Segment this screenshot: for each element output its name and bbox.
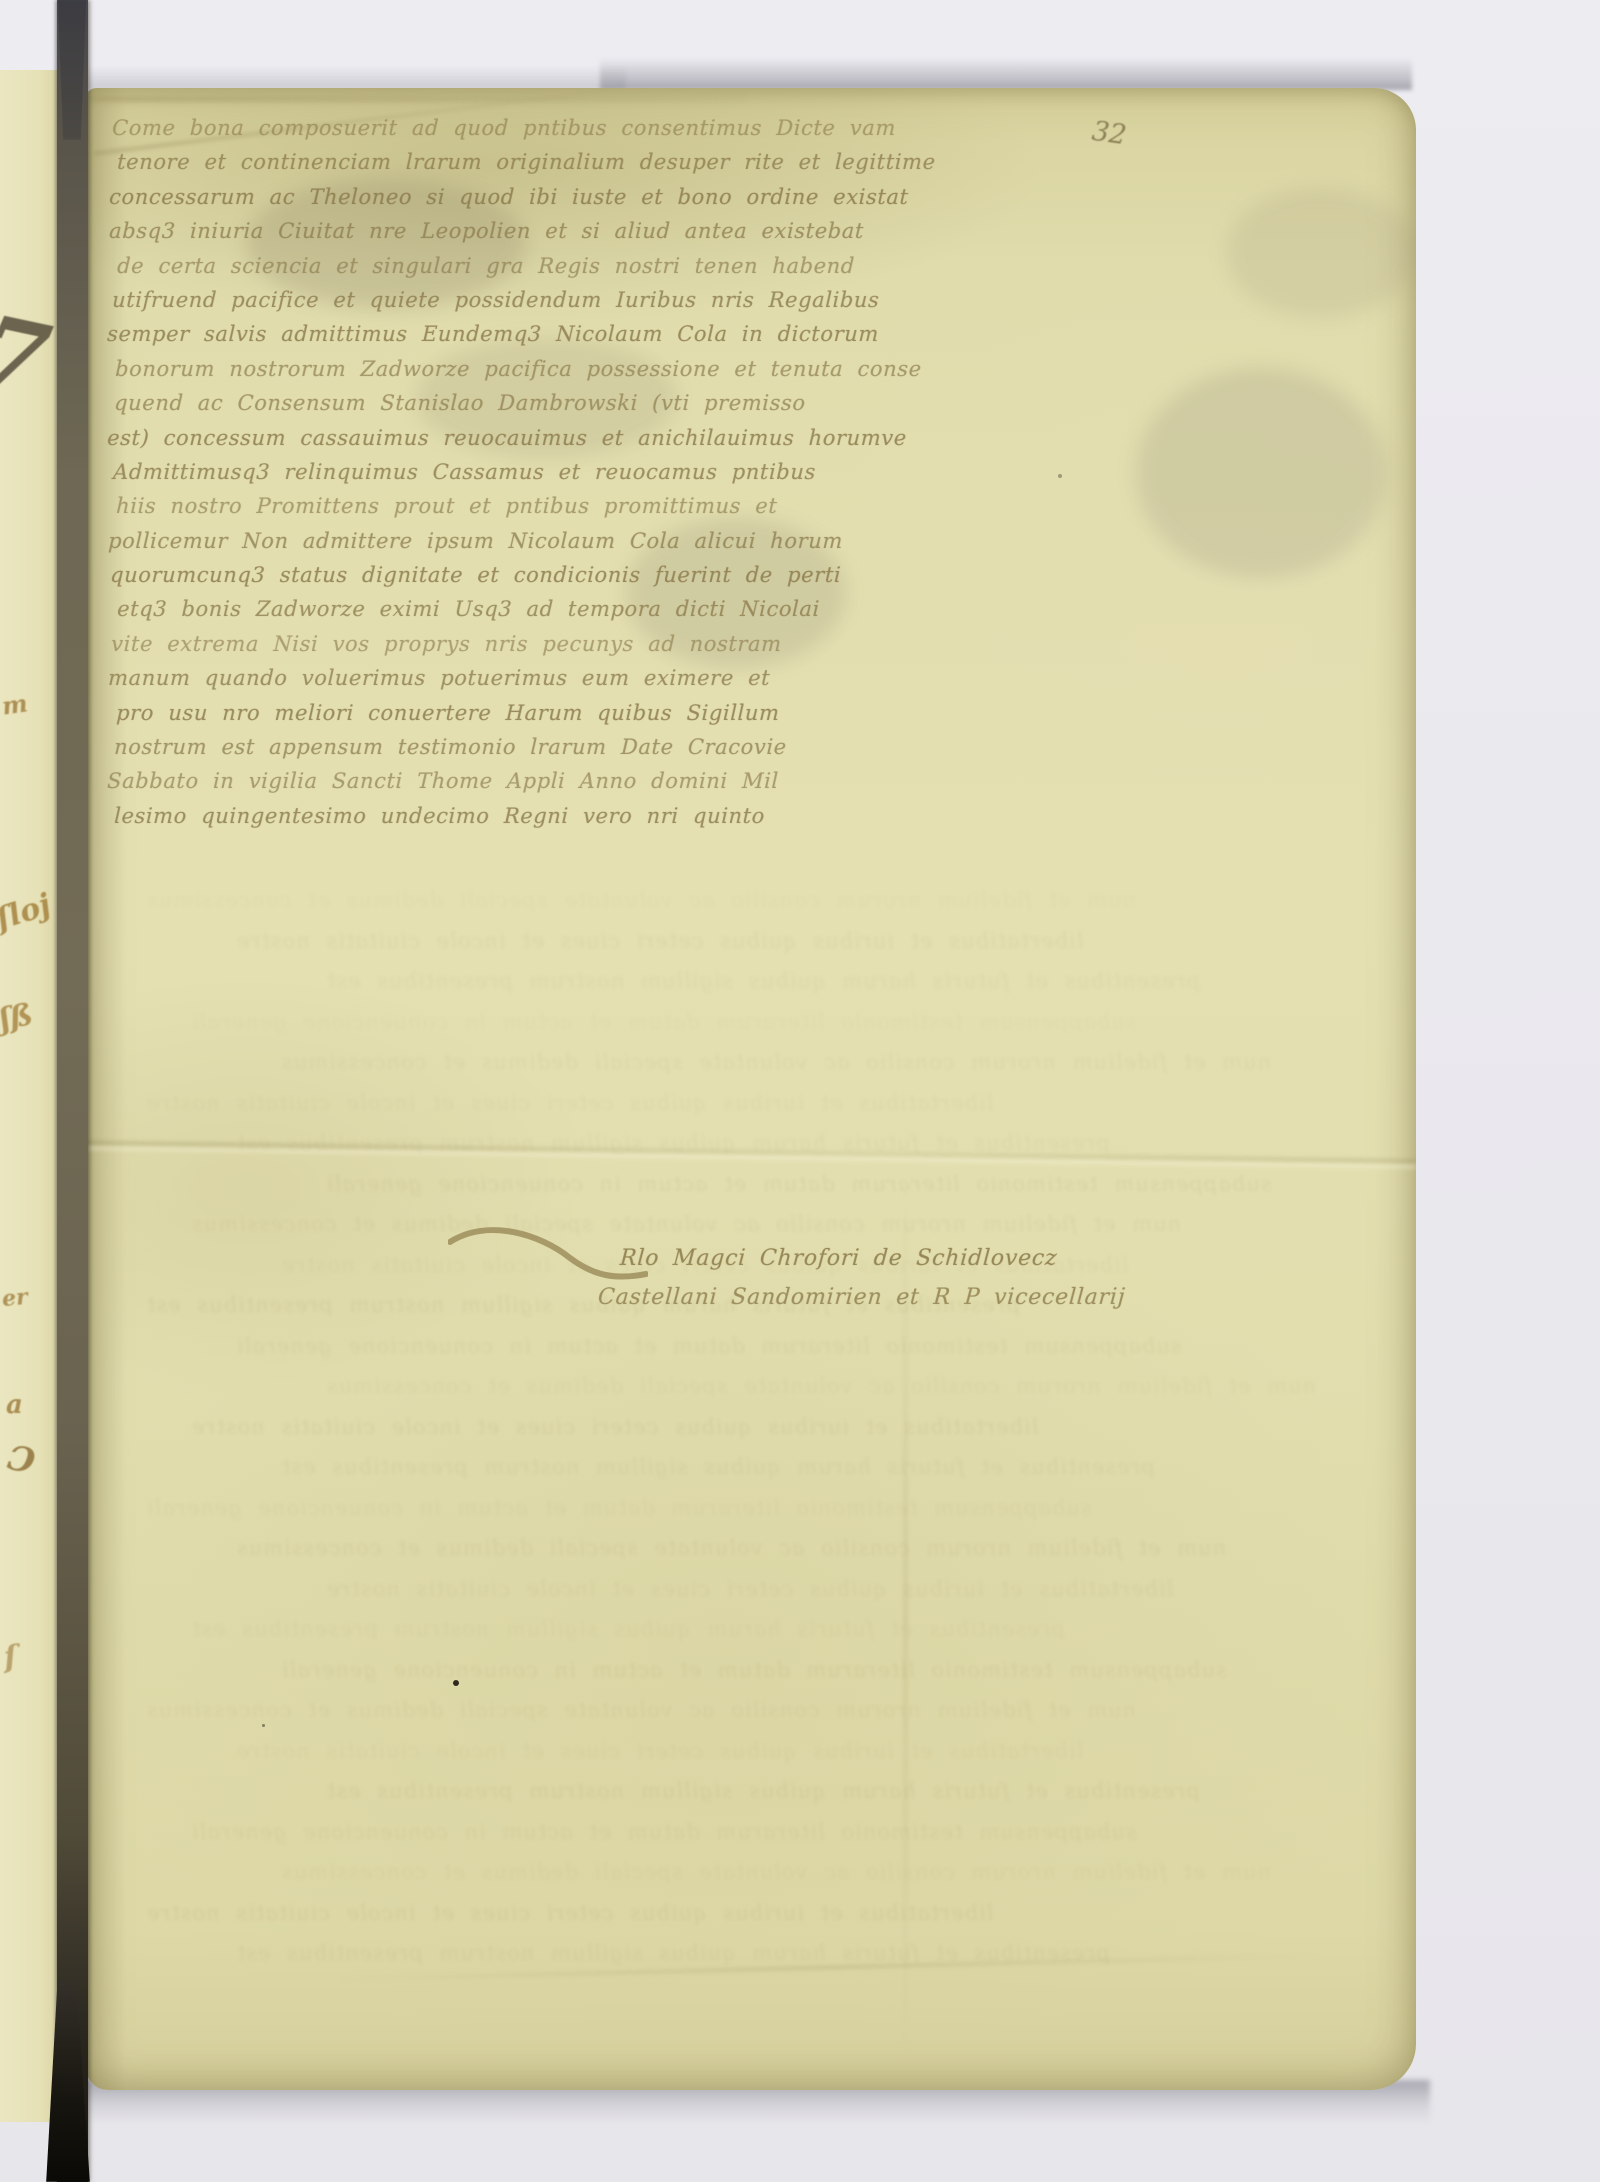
bleedthrough-line: num et fidelium nrorum consilio ac volun… <box>280 1050 1271 1074</box>
crease <box>86 96 746 102</box>
manuscript-line: quend ac Consensum Stanislao Dambrowski … <box>114 391 833 425</box>
stain <box>1136 368 1386 578</box>
folio-number: 32 <box>1090 116 1128 151</box>
ink-speck <box>262 1724 265 1727</box>
bleedthrough-line: presentibus et futuris harum quibus sigi… <box>235 1131 1110 1155</box>
bleedthrough-line: presentibus et futuris harum quibus sigi… <box>325 1779 1200 1803</box>
bleedthrough-line: subappensum testimonio literarum datum e… <box>235 1334 1182 1358</box>
manuscript-text-block: Come bona composuerit ad quod pntibus co… <box>112 116 832 838</box>
bleedthrough-line: subappensum testimonio literarum datum e… <box>190 1010 1137 1034</box>
margin-ink-fragment: Ɔ <box>5 1438 39 1482</box>
bleedthrough-line: libertatibus et iuribus quibus ceteri ci… <box>190 1415 1039 1439</box>
manuscript-line: bonorum nostrorum Zadworze pacifica poss… <box>115 357 833 391</box>
bleedthrough-line: subappensum testimonio literarum datum e… <box>325 1172 1272 1196</box>
signature-block: Rlo Magci Chrofori de SchidloveczCastell… <box>620 1246 1125 1310</box>
parchment-page: num et fidelium nrorum consilio ac volun… <box>86 88 1416 2090</box>
photograph-of-manuscript: 7mſlojʃßeraƆſ num et fidelium nrorum con… <box>0 0 1600 2182</box>
manuscript-line: concessarum ac Theloneo si quod ibi iust… <box>108 185 832 219</box>
page-top-shadow-left <box>86 66 626 90</box>
manuscript-line: quorumcunq3 status dignitate et condicio… <box>109 563 832 597</box>
signature-line: Castellani Sandomirien et R P vicecellar… <box>597 1285 1126 1310</box>
bleedthrough-line: libertatibus et iuribus quibus ceteri ci… <box>325 1577 1174 1601</box>
bleedthrough-line: num et fidelium nrorum consilio ac volun… <box>145 1698 1136 1722</box>
manuscript-line: manum quando voluerimus potuerimus eum e… <box>107 666 832 700</box>
margin-ink-fragment: er <box>1 1284 29 1312</box>
bleedthrough-line: presentibus et futuris harum quibus sigi… <box>325 969 1200 993</box>
manuscript-line: etq3 bonis Zadworze eximi Usq3 ad tempor… <box>116 597 832 631</box>
bleedthrough-line: num et fidelium nrorum consilio ac volun… <box>280 1860 1271 1884</box>
bleedthrough-line: subappensum testimonio literarum datum e… <box>190 1820 1137 1844</box>
manuscript-line: Come bona composuerit ad quod pntibus co… <box>111 116 832 150</box>
bleedthrough-line: libertatibus et iuribus quibus ceteri ci… <box>145 1901 994 1925</box>
manuscript-line: utifruend pacifice et quiete possidendum… <box>111 288 833 322</box>
manuscript-line: de certa sciencia et singulari gra Regis… <box>116 254 832 288</box>
manuscript-line: semper salvis admittimus Eundemq3 Nicola… <box>107 322 833 356</box>
bleedthrough-line: num et fidelium nrorum consilio ac volun… <box>190 1212 1181 1236</box>
manuscript-line: pro usu nro meliori conuertere Harum qui… <box>115 701 832 735</box>
bleedthrough-line: libertatibus et iuribus quibus ceteri ci… <box>235 929 1084 953</box>
manuscript-line: nostrum est appensum testimonio lrarum D… <box>113 735 833 769</box>
ink-speck <box>453 1680 459 1686</box>
bleedthrough-line: num et fidelium nrorum consilio ac volun… <box>145 888 1136 912</box>
ink-speck <box>1058 474 1062 478</box>
bleedthrough-line: presentibus et futuris harum quibus sigi… <box>280 1455 1155 1479</box>
manuscript-line: est) concessum cassauimus reuocauimus et… <box>107 426 833 460</box>
bleedthrough-line: presentibus et futuris harum quibus sigi… <box>235 1941 1110 1965</box>
manuscript-line: Admittimusq3 relinquimus Cassamus et reu… <box>112 460 833 494</box>
stain <box>1226 188 1416 318</box>
margin-ink-fragment: m <box>0 688 29 720</box>
manuscript-line: lesimo quingentesimo undecimo Regni vero… <box>113 804 833 838</box>
manuscript-line: pollicemur Non admittere ipsum Nicolaum … <box>108 529 833 563</box>
margin-ink-fragment: 7 <box>0 294 59 416</box>
bleedthrough-line: libertatibus et iuribus quibus ceteri ci… <box>145 1091 994 1115</box>
margin-ink-fragment: ʃß <box>0 997 36 1037</box>
manuscript-line: hiis nostro Promittens prout et pntibus … <box>116 494 833 528</box>
manuscript-line: Sabbato in vigilia Sancti Thome Appli An… <box>106 769 832 803</box>
bleedthrough-line: subappensum testimonio literarum datum e… <box>145 1496 1092 1520</box>
margin-ink-fragment: ſloj <box>0 887 55 937</box>
manuscript-line: vite extrema Nisi vos proprys nris pecun… <box>110 632 832 666</box>
pen-flourish <box>448 1224 648 1294</box>
margin-ink-fragment: a <box>6 1390 23 1420</box>
manuscript-line: absq3 iniuria Ciuitat nre Leopolien et s… <box>109 219 833 253</box>
signature-line: Rlo Magci Chrofori de Schidlovecz <box>619 1246 1126 1271</box>
bleedthrough-line: presentibus et futuris harum quibus sigi… <box>190 1617 1065 1641</box>
bleedthrough-line: num et fidelium nrorum consilio ac volun… <box>325 1374 1316 1398</box>
page-top-shadow <box>600 58 1412 90</box>
binding-gutter <box>57 0 88 2182</box>
bleedthrough-line: subappensum testimonio literarum datum e… <box>280 1658 1227 1682</box>
manuscript-line: tenore et continenciam lrarum originaliu… <box>116 150 833 184</box>
margin-ink-fragment: ſ <box>2 1639 18 1675</box>
bleedthrough-line: libertatibus et iuribus quibus ceteri ci… <box>235 1739 1084 1763</box>
bleedthrough-line: num et fidelium nrorum consilio ac volun… <box>235 1536 1226 1560</box>
